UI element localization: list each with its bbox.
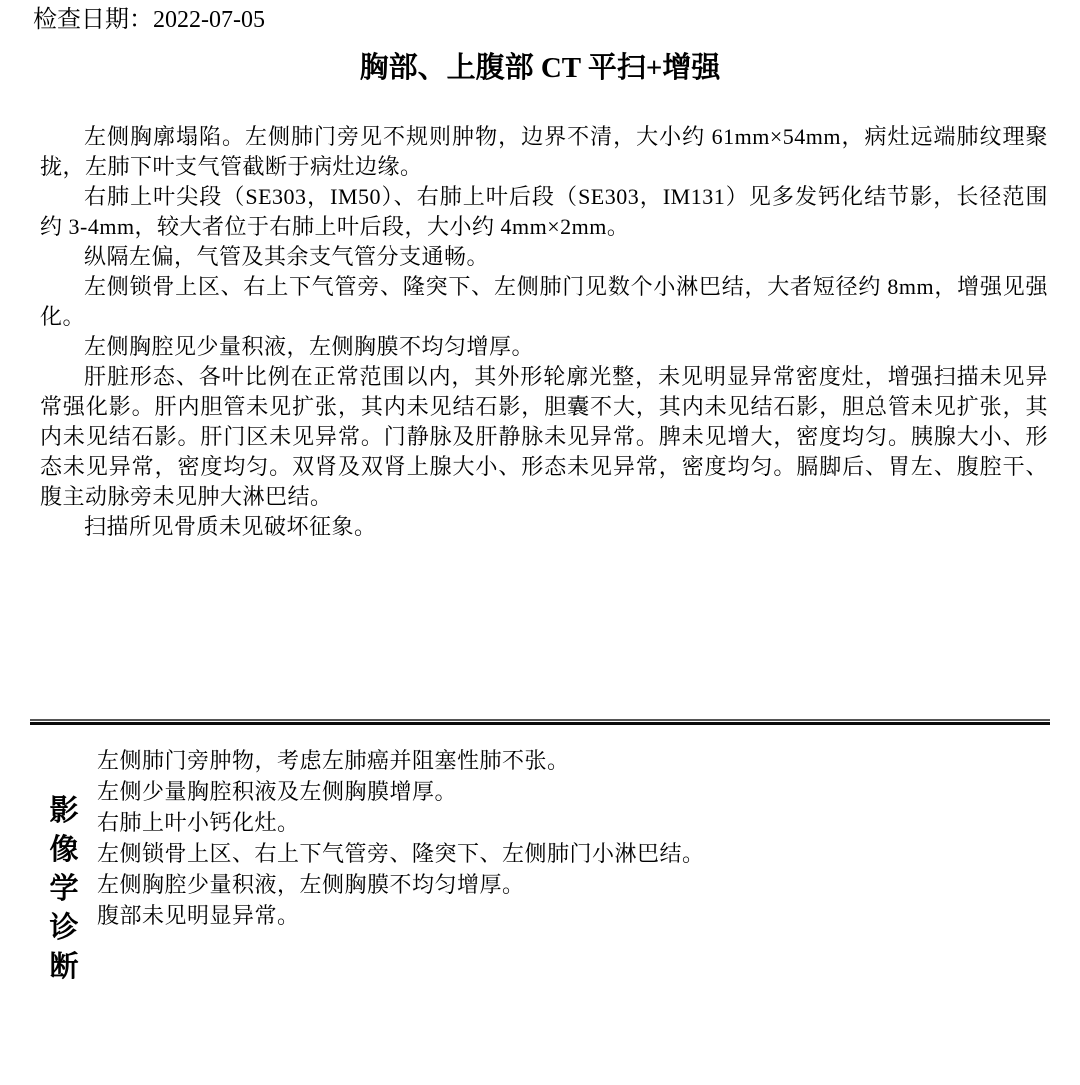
finding-paragraph: 右肺上叶尖段（SE303，IM50）、右肺上叶后段（SE303，IM131）见多… <box>40 182 1048 242</box>
exam-date-value: 2022-07-05 <box>153 7 265 33</box>
finding-paragraph: 左侧胸廓塌陷。左侧肺门旁见不规则肿物，边界不清，大小约 61mm×54mm，病灶… <box>40 122 1048 182</box>
finding-paragraph: 扫描所见骨质未见破坏征象。 <box>40 512 1048 542</box>
report-title: 胸部、上腹部 CT 平扫+增强 <box>0 48 1080 88</box>
diagnosis-item: 左侧胸腔少量积液，左侧胸膜不均匀增厚。 <box>97 869 1047 900</box>
section-divider <box>30 719 1050 725</box>
diagnosis-list: 左侧肺门旁肿物，考虑左肺癌并阻塞性肺不张。左侧少量胸腔积液及左侧胸膜增厚。右肺上… <box>97 745 1047 931</box>
diagnosis-item: 左侧肺门旁肿物，考虑左肺癌并阻塞性肺不张。 <box>97 745 1047 776</box>
diagnosis-item: 左侧锁骨上区、右上下气管旁、隆突下、左侧肺门小淋巴结。 <box>97 838 1047 869</box>
report-page: 检查日期：2022-07-05 胸部、上腹部 CT 平扫+增强 左侧胸廓塌陷。左… <box>0 0 1080 1085</box>
finding-paragraph: 左侧锁骨上区、右上下气管旁、隆突下、左侧肺门见数个小淋巴结，大者短径约 8mm，… <box>40 272 1048 332</box>
exam-date-label: 检查日期： <box>33 7 153 33</box>
diagnosis-label-char: 断 <box>44 948 84 987</box>
diagnosis-item: 腹部未见明显异常。 <box>97 900 1047 931</box>
diagnosis-item: 右肺上叶小钙化灶。 <box>97 807 1047 838</box>
finding-paragraph: 纵隔左偏，气管及其余支气管分支通畅。 <box>40 242 1048 272</box>
diagnosis-label-char: 像 <box>44 831 84 870</box>
findings-section: 左侧胸廓塌陷。左侧肺门旁见不规则肿物，边界不清，大小约 61mm×54mm，病灶… <box>40 122 1048 542</box>
diagnosis-item: 左侧少量胸腔积液及左侧胸膜增厚。 <box>97 776 1047 807</box>
finding-paragraph: 肝脏形态、各叶比例在正常范围以内，其外形轮廓光整，未见明显异常密度灶，增强扫描未… <box>40 362 1048 512</box>
diagnosis-section-label: 影像学诊断 <box>44 792 84 987</box>
exam-date-line: 检查日期：2022-07-05 <box>33 5 265 35</box>
diagnosis-label-char: 诊 <box>44 909 84 948</box>
diagnosis-label-char: 影 <box>44 792 84 831</box>
diagnosis-label-char: 学 <box>44 870 84 909</box>
finding-paragraph: 左侧胸腔见少量积液，左侧胸膜不均匀增厚。 <box>40 332 1048 362</box>
